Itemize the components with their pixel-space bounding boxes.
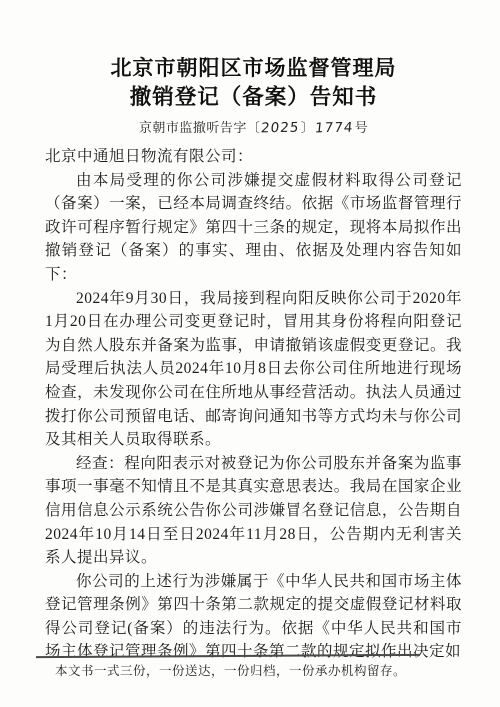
issuing-authority-title: 北京市朝阳区市场监督管理局 xyxy=(45,54,462,83)
doc-number-bracket-close: 〕 xyxy=(301,120,315,135)
document-page: 北京市朝阳区市场监督管理局 撤销登记（备案）告知书 京朝市监撤听告字〔2025〕… xyxy=(0,0,500,707)
doc-number-suffix: 号 xyxy=(355,120,369,135)
document-type-title: 撤销登记（备案）告知书 xyxy=(45,83,462,111)
doc-number-prefix: 京朝市监撤听告字 xyxy=(139,120,247,135)
doc-number-year-handwritten: 2025 xyxy=(260,120,302,137)
document-footer: 本文书一式三份，一份送达，一份归档，一份承办机构留存。 xyxy=(0,655,500,707)
paragraph-facts: 2024年9月30日，我局接到程向阳反映你公司于2020年1月20日在办理公司变… xyxy=(45,287,462,452)
document-body: 由本局受理的你公司涉嫌提交虚假材料取得公司登记（备案）一案，已经本局调查终结。依… xyxy=(45,169,462,664)
document-number: 京朝市监撤听告字〔2025〕1774号 xyxy=(45,117,462,136)
footer-distribution-note: 本文书一式三份，一份送达，一份归档，一份承办机构留存。 xyxy=(55,661,406,679)
document-title: 北京市朝阳区市场监督管理局 撤销登记（备案）告知书 xyxy=(45,54,462,111)
paragraph-legal-basis: 你公司的上述行为涉嫌属于《中华人民共和国市场主体登记管理条例》第四十条第二款规定… xyxy=(45,570,462,664)
recipient-line: 北京中通旭日物流有限公司： xyxy=(45,145,462,169)
footer-rule-line xyxy=(36,654,420,658)
paragraph-investigation: 经查：程向阳表示对被登记为你公司股东并备案为监事事项一事毫不知情且不是其真实意思… xyxy=(45,452,462,570)
document-content: 北京市朝阳区市场监督管理局 撤销登记（备案）告知书 京朝市监撤听告字〔2025〕… xyxy=(0,0,500,664)
doc-number-serial-handwritten: 1774 xyxy=(313,120,355,137)
doc-number-bracket-open: 〔 xyxy=(247,120,261,135)
paragraph-case-summary: 由本局受理的你公司涉嫌提交虚假材料取得公司登记（备案）一案，已经本局调查终结。依… xyxy=(45,169,462,287)
